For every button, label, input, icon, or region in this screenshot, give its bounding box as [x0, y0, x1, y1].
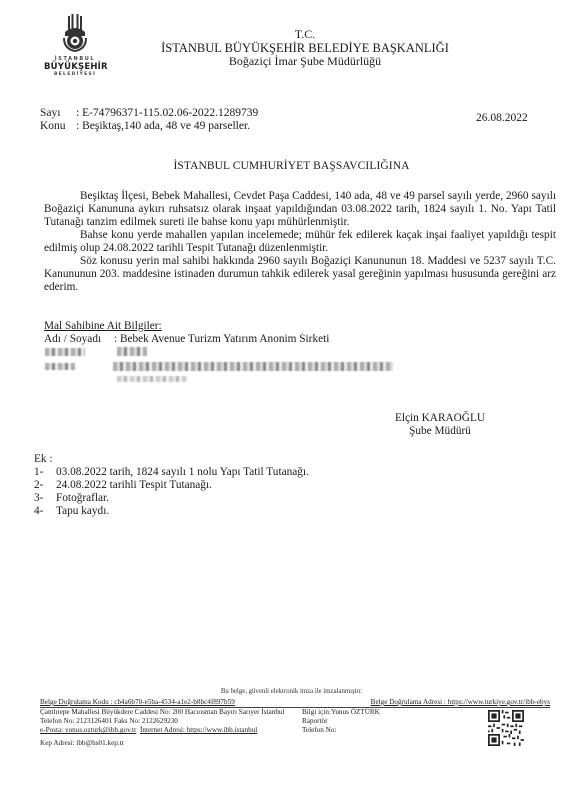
- body-paragraph: Beşiktaş İlçesi, Bebek Mahallesi, Cevdet…: [44, 190, 556, 229]
- verify-address-link[interactable]: Belge Doğrulama Adresi : https://www.tur…: [371, 698, 550, 707]
- signer-title: Şube Müdürü: [380, 425, 500, 438]
- body-paragraph: Söz konusu yerin mal sahibi hakkında 296…: [44, 255, 556, 294]
- footer-email-link[interactable]: e-Posta: yunus.ozturk@ibb.gov.tr: [40, 726, 136, 734]
- owner-name-label: Adı / Soyadı: [44, 333, 114, 346]
- info-role: Raportör: [302, 717, 412, 726]
- footer-info-contact: Bilgi için:Yunus ÖZTÜRK Raportör Telefon…: [302, 708, 412, 736]
- logo-line-2: BÜYÜKŞEHİR: [44, 62, 106, 72]
- ibb-mosque-emblem-icon: [60, 14, 90, 54]
- owner-name-row: Adı / Soyadı: Bebek Avenue Turizm Yatırı…: [44, 333, 329, 346]
- footer-address: Çamlıtepe Mahallesi Büyükdere Caddesi No…: [40, 708, 320, 717]
- owner-info-title: Mal Sahibine Ait Bilgiler:: [44, 320, 329, 333]
- signer-name: Elçin KARAOĞLU: [380, 412, 500, 425]
- ibb-logo: İSTANBUL BÜYÜKŞEHİR BELEDİYESİ: [44, 14, 106, 77]
- sayi-value: : E-74796371-115.02.06-2022.1289739: [76, 107, 258, 119]
- document-footer: Belge Doğrulama Kodu : cb4a6b70-e5ba-453…: [40, 698, 550, 708]
- document-date: 26.08.2022: [476, 112, 528, 124]
- header-tc: T.C.: [140, 28, 470, 42]
- redacted-value-2: [113, 362, 393, 371]
- esign-note: Bu belge, güvenli elektronik imza ile im…: [0, 688, 583, 695]
- konu-row: Konu: Beşiktaş,140 ada, 48 ve 49 parsell…: [40, 120, 258, 133]
- attachments-heading: Ek :: [34, 453, 309, 466]
- sayi-row: Sayı: E-74796371-115.02.06-2022.1289739: [40, 107, 258, 120]
- header-institution: İSTANBUL BÜYÜKŞEHİR BELEDİYE BAŞKANLIĞI: [140, 42, 470, 56]
- attachment-item: 1-03.08.2022 tarih, 1824 sayılı 1 nolu Y…: [34, 466, 309, 479]
- signature-block: Elçin KARAOĞLU Şube Müdürü: [380, 412, 500, 438]
- sayi-label: Sayı: [40, 107, 76, 120]
- redacted-value-1: [117, 347, 147, 356]
- footer-contact: Çamlıtepe Mahallesi Büyükdere Caddesi No…: [40, 708, 320, 748]
- header-department: Boğaziçi İmar Şube Müdürlüğü: [140, 55, 470, 69]
- document-meta: Sayı: E-74796371-115.02.06-2022.1289739 …: [40, 107, 258, 133]
- logo-line-3: BELEDİYESİ: [44, 72, 106, 77]
- footer-web-link[interactable]: İnternet Adresi: https://www.ibb.istanbu…: [140, 726, 257, 734]
- attachments: Ek : 1-03.08.2022 tarih, 1824 sayılı 1 n…: [34, 453, 309, 518]
- info-phone: Telefon No:: [302, 726, 412, 735]
- attachment-item: 3-Fotoğraflar.: [34, 492, 309, 505]
- letter-body: Beşiktaş İlçesi, Bebek Mahallesi, Cevdet…: [44, 190, 556, 294]
- addressee: İSTANBUL CUMHURİYET BAŞSAVCILIĞINA: [0, 160, 583, 172]
- konu-value: : Beşiktaş,140 ada, 48 ve 49 parseller.: [76, 120, 250, 132]
- attachment-item: 2-24.08.2022 tarihli Tespit Tutanağı.: [34, 479, 309, 492]
- redacted-value-3: [117, 376, 187, 382]
- qr-code-icon: [488, 710, 524, 746]
- attachment-item: 4-Tapu kaydı.: [34, 505, 309, 518]
- footer-kep: Kep Adresi: ibb@hs01.kep.tr: [40, 739, 320, 748]
- info-contact: Bilgi için:Yunus ÖZTÜRK: [302, 708, 412, 717]
- owner-name-value: : Bebek Avenue Turizm Yatırım Anonim Sir…: [114, 333, 329, 345]
- letterhead: T.C. İSTANBUL BÜYÜKŞEHİR BELEDİYE BAŞKAN…: [140, 28, 470, 69]
- verify-code: Belge Doğrulama Kodu : cb4a6b70-e5ba-453…: [40, 698, 235, 707]
- verification-row: Belge Doğrulama Kodu : cb4a6b70-e5ba-453…: [40, 698, 550, 708]
- redacted-label-2: [45, 363, 75, 370]
- body-paragraph: Bahse konu yerde mahallen yapılan incele…: [44, 229, 556, 255]
- owner-info: Mal Sahibine Ait Bilgiler: Adı / Soyadı:…: [44, 320, 329, 346]
- konu-label: Konu: [40, 120, 76, 133]
- redacted-label-1: [45, 348, 85, 356]
